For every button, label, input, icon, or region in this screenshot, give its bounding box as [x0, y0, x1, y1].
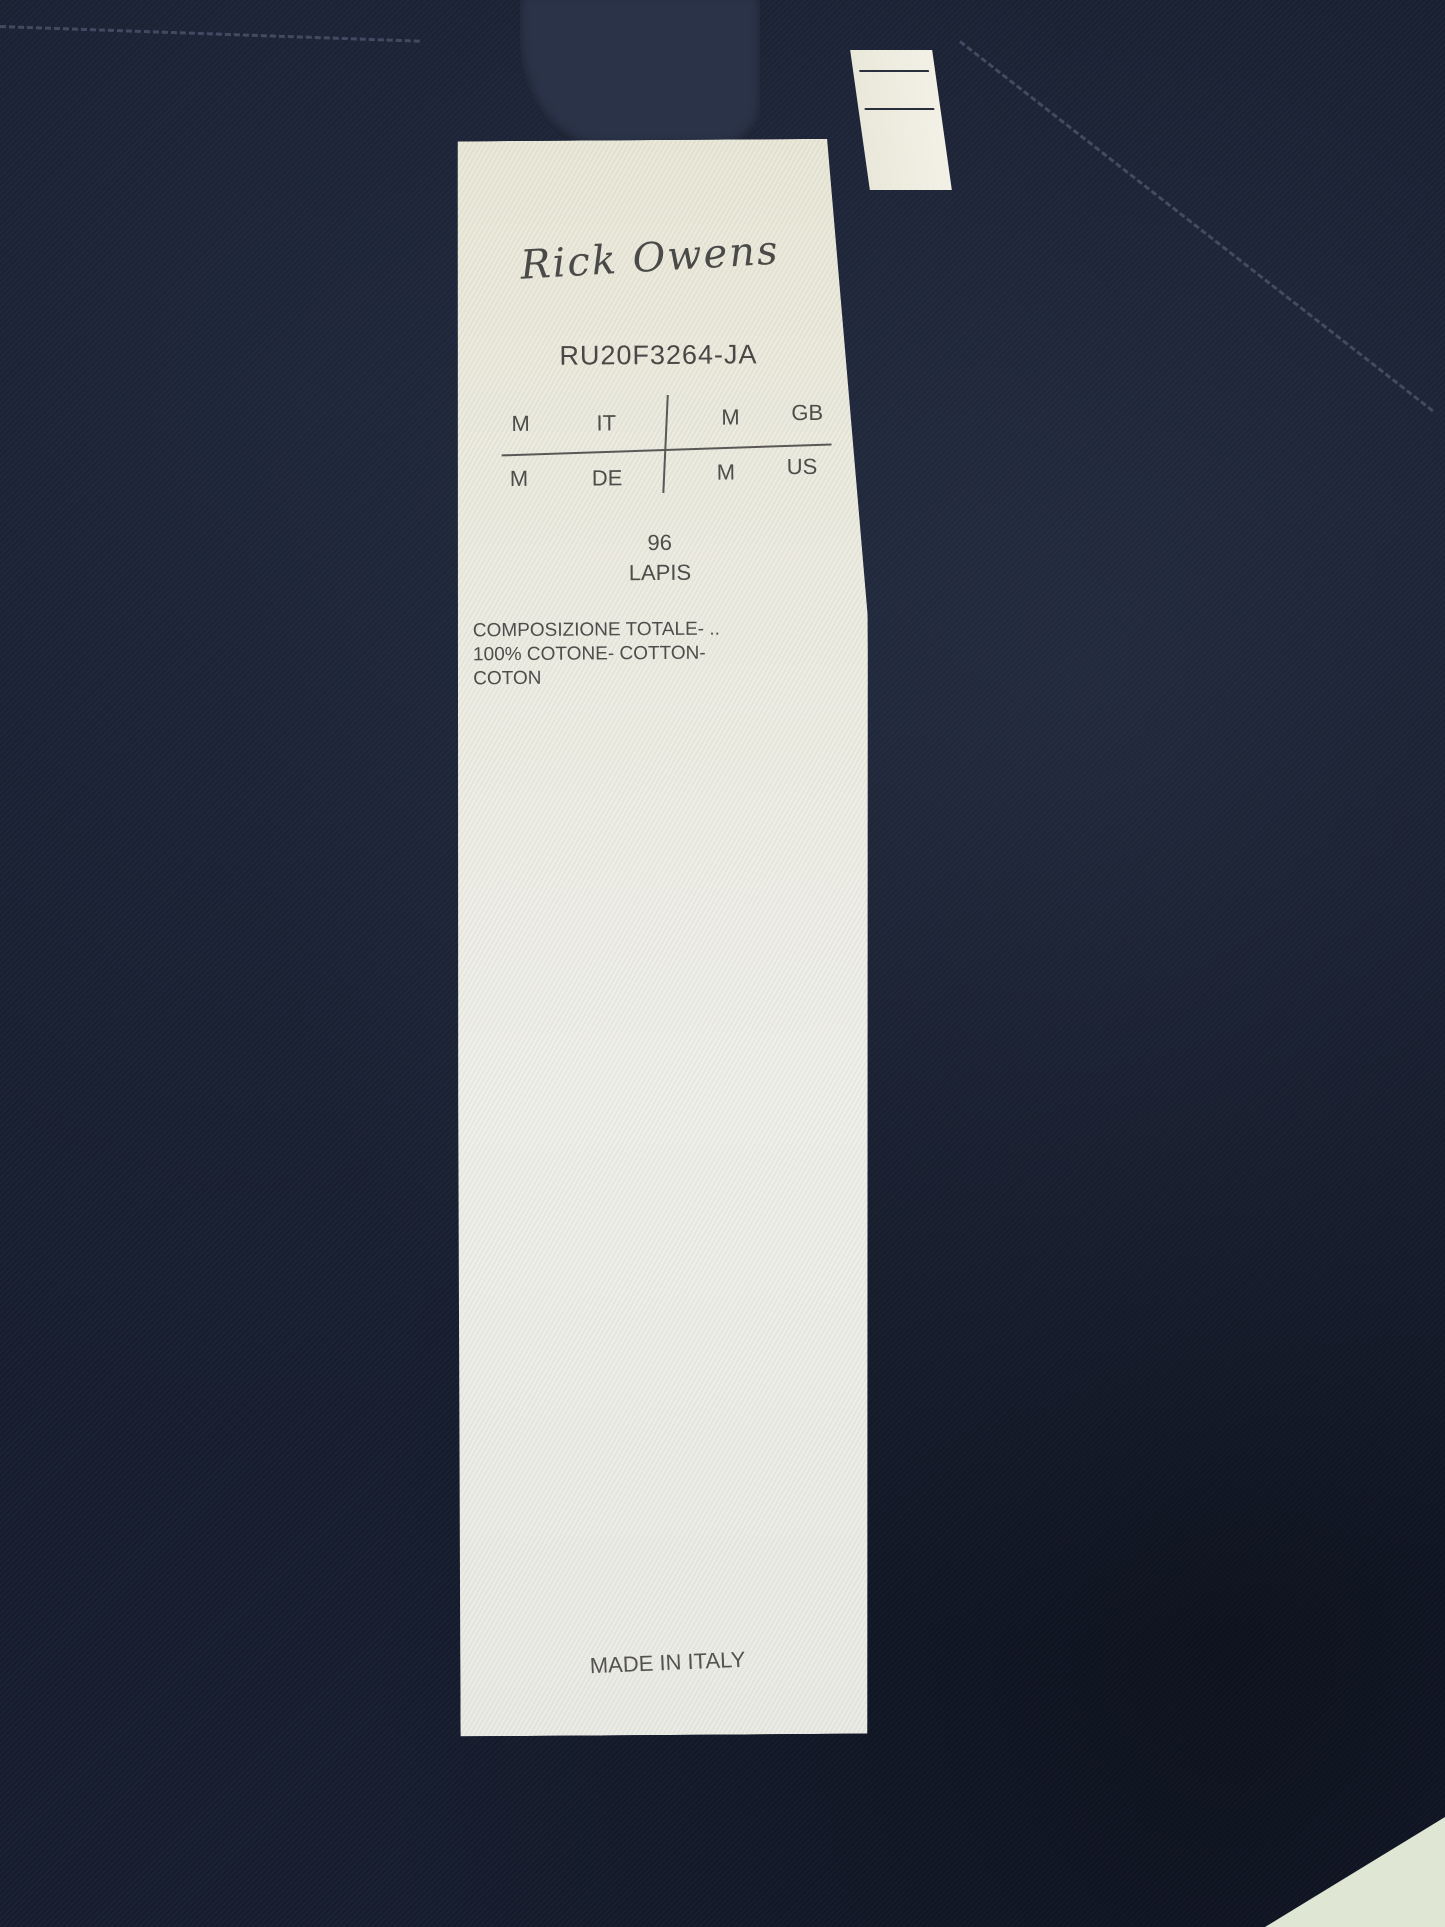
care-label: Rick Owens RU20F3264-JA M IT M GB M DE M… [449, 139, 875, 1737]
grid-horizontal-line [502, 443, 832, 456]
size-de-region: DE [592, 465, 623, 491]
neck-tape-loop [520, 0, 760, 150]
size-it-region: IT [596, 410, 616, 436]
composition-line: COTON [473, 665, 793, 691]
style-code: RU20F3264-JA [451, 339, 866, 373]
label-stitch [864, 108, 934, 110]
size-it-value: M [511, 411, 530, 437]
size-de-value: M [510, 466, 529, 492]
size-conversion-grid: M IT M GB M DE M US [501, 394, 842, 506]
size-us-value: M [717, 459, 736, 485]
size-us-region: US [787, 454, 818, 480]
composition-line: COMPOSIZIONE TOTALE- .. [473, 617, 793, 643]
color-number: 96 [452, 529, 867, 558]
size-gb-value: M [721, 404, 740, 430]
label-stitch [859, 70, 929, 72]
composition-text: COMPOSIZIONE TOTALE- .. 100% COTONE- COT… [473, 617, 793, 691]
color-name: LAPIS [452, 559, 867, 588]
grid-vertical-line [662, 395, 668, 493]
size-gb-region: GB [791, 400, 823, 426]
brand-signature: Rick Owens [519, 227, 781, 288]
composition-line: 100% COTONE- COTTON- [473, 641, 793, 667]
country-of-origin: MADE IN ITALY [460, 1641, 876, 1684]
